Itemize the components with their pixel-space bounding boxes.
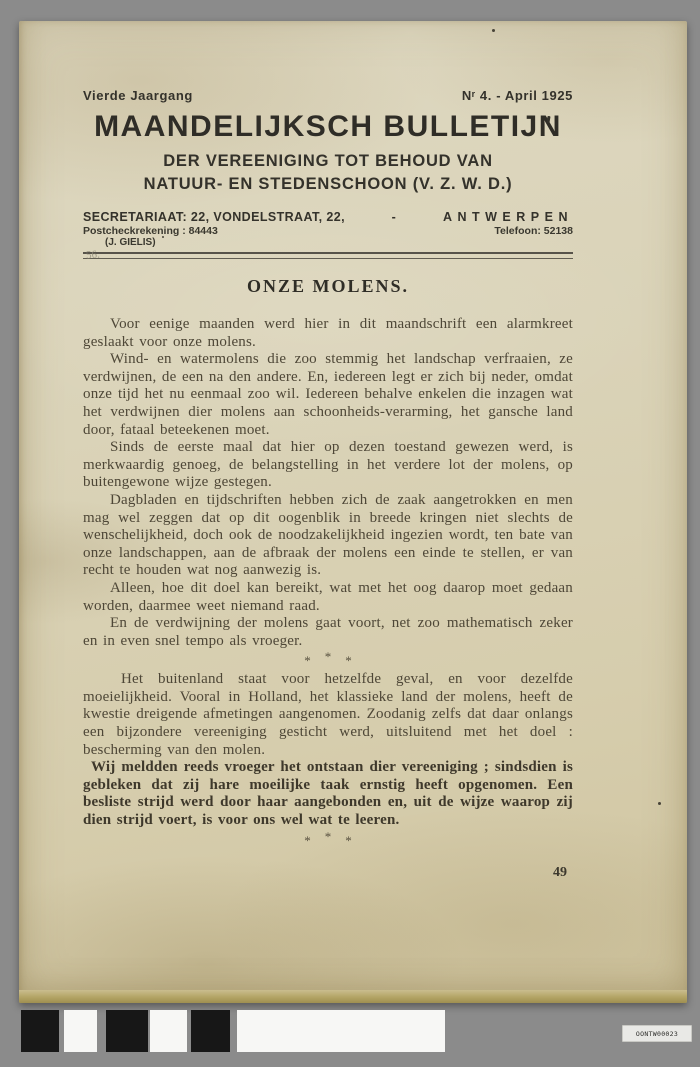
bulletin-title: MAANDELIJKSCH BULLETIJN — [83, 110, 573, 144]
secretariat-agent: (J. GIELIS) — [105, 237, 573, 248]
issue-label: Nʳ 4. - April 1925 — [462, 88, 573, 103]
paragraph: Sinds de eerste maal dat hier op dezen t… — [83, 439, 573, 492]
calibration-square-white — [150, 1010, 187, 1052]
separator-star: * — [325, 649, 332, 665]
calibration-square-black — [191, 1010, 230, 1052]
paragraph: Wij meldden reeds vroeger het ontstaan d… — [83, 759, 573, 829]
paragraph: Dagbladen en tijdschriften hebben zich d… — [83, 492, 573, 580]
secretariat-address: SECRETARIAAT: 22, VONDELSTRAAT, 22, — [83, 210, 345, 224]
paper-speck — [162, 236, 164, 238]
separator-star: * — [345, 833, 352, 849]
masthead-row: Vierde Jaargang Nʳ 4. - April 1925 — [83, 88, 573, 103]
separator-star: * — [304, 833, 311, 849]
separator-star: * — [325, 829, 332, 845]
inventory-label: OONTW00023 — [622, 1025, 692, 1042]
paragraph: Voor eenige maanden werd hier in dit maa… — [83, 316, 573, 351]
paragraph: En de verdwijning der molens gaat voort,… — [83, 615, 573, 650]
calibration-square-black — [106, 1010, 148, 1052]
calibration-square-white — [64, 1010, 97, 1052]
bulletin-subtitle-line1: DER VEREENIGING TOT BEHOUD VAN — [83, 150, 573, 173]
article-body: Voor eenige maanden werd hier in dit maa… — [83, 316, 573, 849]
header-divider-rule — [83, 252, 573, 259]
secretariat-city: ANTWERPEN — [443, 210, 573, 224]
paragraph: Het buitenland staat voor hetzelfde geva… — [83, 671, 573, 759]
section-separator: *** — [83, 653, 573, 669]
paragraph: Wind- en watermolens die zoo stemmig het… — [83, 351, 573, 439]
calibration-bar-white — [237, 1010, 445, 1052]
contact-row: Postcheckrekening : 84443 Telefoon: 5213… — [83, 225, 573, 237]
bulletin-subtitle-line2: NATUUR- EN STEDENSCHOON (V. Z. W. D.) — [83, 173, 573, 196]
postal-account: Postcheckrekening : 84443 — [83, 225, 218, 237]
separator-star: * — [304, 653, 311, 669]
secretariat-dash: - — [392, 210, 397, 224]
separator-star: * — [345, 653, 352, 669]
scanned-bulletin-page: Vierde Jaargang Nʳ 4. - April 1925 MAAND… — [19, 21, 687, 1003]
telephone: Telefoon: 52138 — [494, 225, 573, 237]
page-content: Vierde Jaargang Nʳ 4. - April 1925 MAAND… — [83, 88, 573, 881]
pencil-annotation: 56. — [86, 249, 101, 262]
paper-speck — [658, 802, 661, 805]
paragraph: Alleen, hoe dit doel kan bereikt, wat me… — [83, 580, 573, 615]
calibration-square-black — [21, 1010, 59, 1052]
section-separator: *** — [83, 833, 573, 849]
secretariat-row: SECRETARIAAT: 22, VONDELSTRAAT, 22, - AN… — [83, 210, 573, 224]
page-number: 49 — [83, 865, 573, 881]
calibration-strip — [0, 1010, 700, 1053]
paper-bottom-edge — [19, 990, 687, 1003]
paper-speck — [492, 29, 495, 32]
article-heading: ONZE MOLENS. — [83, 276, 573, 297]
volume-label: Vierde Jaargang — [83, 88, 193, 103]
